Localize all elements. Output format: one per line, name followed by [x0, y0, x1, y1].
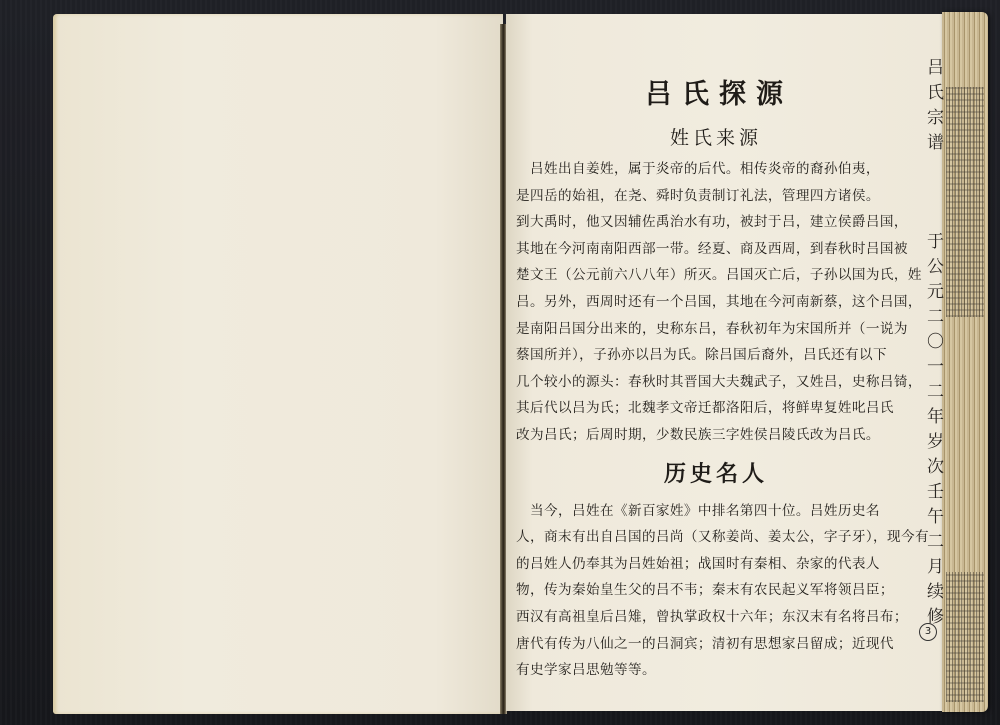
- section-heading-surname-origin: 姓氏来源: [516, 123, 916, 150]
- surname-origin-paragraph: 吕姓出自姜姓，属于炎帝的后代。相传炎帝的裔孙伯夷， 是四岳的始祖，在尧、舜时负责…: [516, 156, 916, 449]
- famous-people-paragraph: 当今，吕姓在《新百家姓》中排名第四十位。吕姓历史名 人，商末有出自吕国的吕尚（又…: [516, 498, 916, 684]
- text-line: 人，商末有出自吕国的吕尚（又称姜尚、姜太公，字子牙），现今有: [516, 524, 916, 551]
- text-line: 唐代有传为八仙之一的吕洞宾；清初有思想家吕留成；近现代: [516, 631, 916, 658]
- section-heading-famous-people: 历史名人: [516, 457, 916, 488]
- text-line: 改为吕氏；后周时期，少数民族三字姓侯吕陵氏改为吕氏。: [516, 422, 916, 449]
- text-line: 其地在今河南南阳西部一带。经夏、商及西周，到春秋时吕国被: [516, 236, 916, 263]
- text-line: 是四岳的始祖，在尧、舜时负责制订礼法，管理四方诸侯。: [516, 183, 916, 210]
- text-line: 西汉有高祖皇后吕雉，曾执掌政权十六年；东汉末有名将吕布；: [516, 604, 916, 631]
- text-line: 楚文王（公元前六八八年）所灭。吕国灭亡后，子孙以国为氏，姓: [516, 262, 916, 289]
- page-edge-ink-marks-top: [946, 87, 984, 317]
- margin-note-genealogy-title: 吕氏宗谱: [928, 58, 946, 158]
- text-line: 的吕姓人仍奉其为吕姓始祖；战国时有秦相、杂家的代表人: [516, 551, 916, 578]
- text-line: 几个较小的源头：春秋时其晋国大夫魏武子，又姓吕，史称吕锜，: [516, 369, 916, 396]
- page-edge-ink-marks-bottom: [946, 572, 984, 702]
- margin-note-revision-date: 于公元二〇一二年岁次壬午二月续修: [928, 232, 946, 632]
- text-line: 蔡国所并），子孙亦以吕为氏。除吕国后裔外，吕氏还有以下: [516, 342, 916, 369]
- text-line: 当今，吕姓在《新百家姓》中排名第四十位。吕姓历史名: [516, 498, 916, 525]
- text-line: 物，传为秦始皇生父的吕不韦；秦末有农民起义军将领吕臣；: [516, 577, 916, 604]
- left-page-blank: [53, 14, 503, 714]
- text-line: 到大禹时，他又因辅佐禹治水有功，被封于吕，建立侯爵吕国，: [516, 209, 916, 236]
- right-page-content: 吕氏探源 姓氏来源 吕姓出自姜姓，属于炎帝的后代。相传炎帝的裔孙伯夷， 是四岳的…: [516, 60, 916, 684]
- page-title: 吕氏探源: [522, 72, 916, 111]
- text-line: 是南阳吕国分出来的，史称东吕，春秋初年为宋国所并（一说为: [516, 316, 916, 343]
- text-line: 其后代以吕为氏；北魏孝文帝迁都洛阳后，将鲜卑复姓叱吕氏: [516, 395, 916, 422]
- text-line: 吕姓出自姜姓，属于炎帝的后代。相传炎帝的裔孙伯夷，: [516, 156, 916, 183]
- page-number-circle: 3: [919, 623, 937, 641]
- text-line: 有史学家吕思勉等等。: [516, 657, 916, 684]
- page-edges-stack: [942, 12, 988, 712]
- text-line: 吕。另外，西周时还有一个吕国，其地在今河南新蔡，这个吕国，: [516, 289, 916, 316]
